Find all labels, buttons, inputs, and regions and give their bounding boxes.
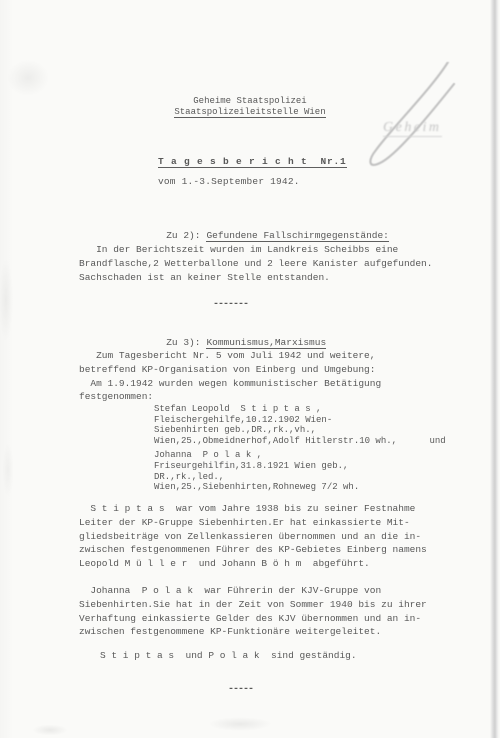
text-line: festgenommen: <box>79 390 381 404</box>
section-3-body: Zum Tagesbericht Nr. 5 vom Juli 1942 und… <box>79 349 381 404</box>
letterhead-line1: Geheime Staatspolizei <box>148 96 352 107</box>
person-entry: Johanna P o l a k , Friseurgehilfin,31.8… <box>154 450 446 492</box>
report-title-text: T a g e s b e r i c h t Nr.1 <box>158 156 347 168</box>
paragraph-polak: Johanna P o l a k war Führerin der KJV-G… <box>79 584 427 639</box>
arrested-persons-block: Stefan Leopold S t i p t a s , Fleischer… <box>154 404 446 493</box>
text-line: Leopold M ü l l e r und Johann B ö h m a… <box>79 557 427 571</box>
text-line: Siebenhirten geb.,DR.,rk.,vh., <box>154 425 446 436</box>
report-date: vom 1.-3.September 1942. <box>158 176 347 187</box>
document-page: Geheime Staatspolizei Staatspolizeileits… <box>0 0 500 738</box>
section-2-title: Gefundene Fallschirmgegenstände: <box>206 230 388 242</box>
text-line: Siebenhirten.Sie hat in der Zeit von Som… <box>79 598 427 612</box>
text-line: S t i p t a s war vom Jahre 1938 bis zu … <box>79 502 427 516</box>
text-line: Leiter der KP-Gruppe Siebenhirten.Er hat… <box>79 516 427 530</box>
text-line: gliedsbeiträge von Zellenkassieren übern… <box>79 530 427 544</box>
text-line: Johanna P o l a k war Führerin der KJV-G… <box>79 584 427 598</box>
letterhead-line2: Staatspolizeileitstelle Wien <box>174 107 325 118</box>
text-line: Verhaftung einkassierte Gelder des KJV ü… <box>79 612 427 626</box>
end-divider: ----- <box>228 684 253 695</box>
text-line: Stefan Leopold S t i p t a s , <box>154 404 446 415</box>
paragraph-stiptas: S t i p t a s war vom Jahre 1938 bis zu … <box>79 502 427 571</box>
text-line: Zum Tagesbericht Nr. 5 vom Juli 1942 und… <box>79 349 381 363</box>
text-line: Friseurgehilfin,31.8.1921 Wien geb., <box>154 461 446 472</box>
report-title: T a g e s b e r i c h t Nr.1 vom 1.-3.Se… <box>158 156 347 187</box>
section-divider: ------- <box>213 299 248 310</box>
text-line: Wien,25.,Obmeidnerhof,Adolf Hitlerstr.10… <box>154 436 446 447</box>
text-line: zwischen festgenommenen Führer des KP-Ge… <box>79 543 427 557</box>
text-line: In der Berichtszeit wurden im Landkreis … <box>79 243 432 257</box>
text-line: zwischen festgenommene KP-Funktionäre we… <box>79 625 427 639</box>
text-line: Wien,25.,Siebenhirten,Rohneweg 7/2 wh. <box>154 482 446 493</box>
text-line: betreffend KP-Organisation von Einberg u… <box>79 363 381 377</box>
closing-statement: S t i p t a s und P o l a k sind geständ… <box>100 650 357 661</box>
letterhead: Geheime Staatspolizei Staatspolizeileits… <box>148 96 352 118</box>
text-line: Am 1.9.1942 wurden wegen kommunistischer… <box>79 377 381 391</box>
section-3-title: Kommunismus,Marxismus <box>206 337 326 349</box>
text-line: Brandflasche,2 Wetterballone und 2 leere… <box>79 257 432 271</box>
handwritten-word: Geheim <box>383 120 442 137</box>
section-2-label: Zu 2): <box>166 230 200 241</box>
text-line: Sachschaden ist an keiner Stelle entstan… <box>79 271 432 285</box>
text-line: DR.,rk.,led., <box>154 472 446 483</box>
section-2-body: In der Berichtszeit wurden im Landkreis … <box>79 243 432 284</box>
section-3-label: Zu 3): <box>166 337 200 348</box>
text-line: Fleischergehilfe,10.12.1902 Wien- <box>154 415 446 426</box>
handwritten-checkmark-icon <box>340 62 470 174</box>
person-entry: Stefan Leopold S t i p t a s , Fleischer… <box>154 404 446 446</box>
text-line: Johanna P o l a k , <box>154 450 446 461</box>
